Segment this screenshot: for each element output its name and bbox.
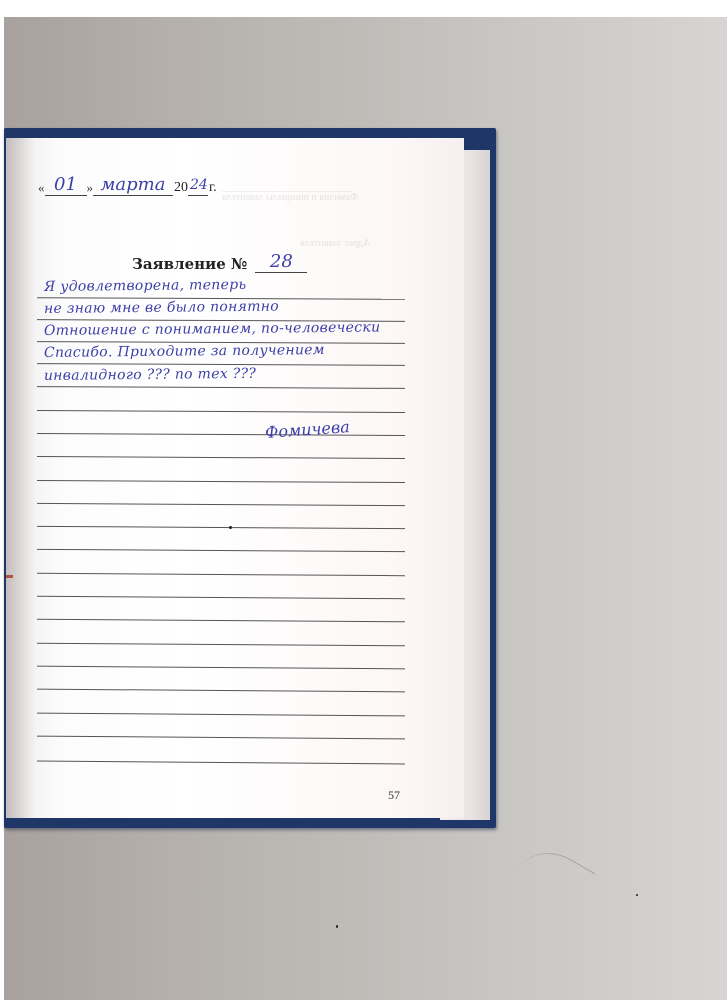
dust-speck	[336, 925, 338, 928]
dust-speck	[636, 894, 638, 896]
page-number: 57	[388, 788, 400, 803]
date-day-field[interactable]: 01	[45, 175, 87, 196]
title-label: Заявление №	[132, 255, 247, 273]
date-year-field[interactable]: 24	[188, 175, 208, 196]
date-line: « 01 » марта 20 24 г.	[38, 168, 217, 196]
application-title: Заявление № 28	[132, 252, 307, 273]
date-month-field[interactable]: марта	[93, 175, 173, 196]
date-year-mark: г.	[209, 180, 217, 196]
application-number-field[interactable]: 28	[255, 252, 307, 273]
edge-mark	[6, 575, 13, 578]
date-year-prefix: 20	[174, 180, 188, 196]
ink-speck	[229, 526, 232, 529]
bleed-through-text: Адрес заявителя	[300, 238, 370, 249]
bleed-through-text: Фамилия и инициалы заявителя	[222, 192, 358, 203]
spine-shadow	[6, 138, 36, 818]
